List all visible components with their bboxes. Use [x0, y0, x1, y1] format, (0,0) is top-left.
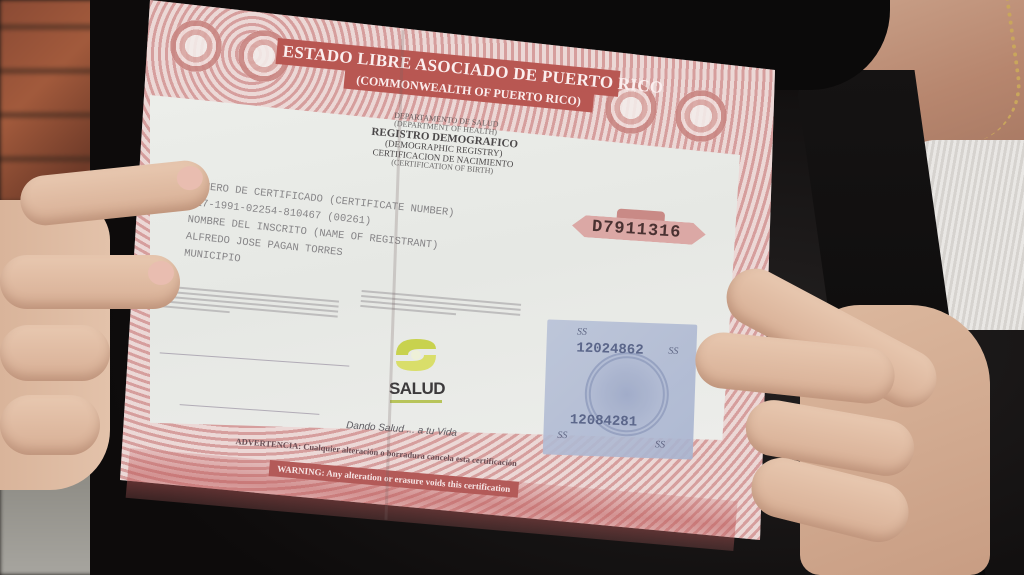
logo-underline [390, 400, 442, 403]
left-index-finger [18, 158, 212, 228]
photo-scene: ESTADO LIBRE ASOCIADO DE PUERTO RICO (CO… [0, 0, 1024, 575]
stamp-number-top: 12024862 [576, 340, 644, 358]
left-little-finger [0, 395, 100, 455]
stamp-number-bottom: 12084281 [570, 412, 638, 430]
stamp-mark: SS [557, 430, 567, 441]
logo-text: SALUD [382, 379, 452, 399]
rosette-ornament [675, 90, 727, 142]
left-middle-finger [0, 255, 180, 309]
security-stamp: 12024862 12084281 SS SS SS SS [543, 319, 698, 459]
left-ring-finger [0, 325, 110, 381]
rosette-ornament [170, 20, 222, 72]
stamp-mark: SS [668, 346, 678, 357]
health-department-logo-icon [390, 335, 442, 375]
stamp-mark: SS [577, 326, 587, 337]
stamp-mark: SS [655, 439, 665, 450]
right-hand [690, 245, 990, 575]
left-hand [0, 160, 210, 490]
